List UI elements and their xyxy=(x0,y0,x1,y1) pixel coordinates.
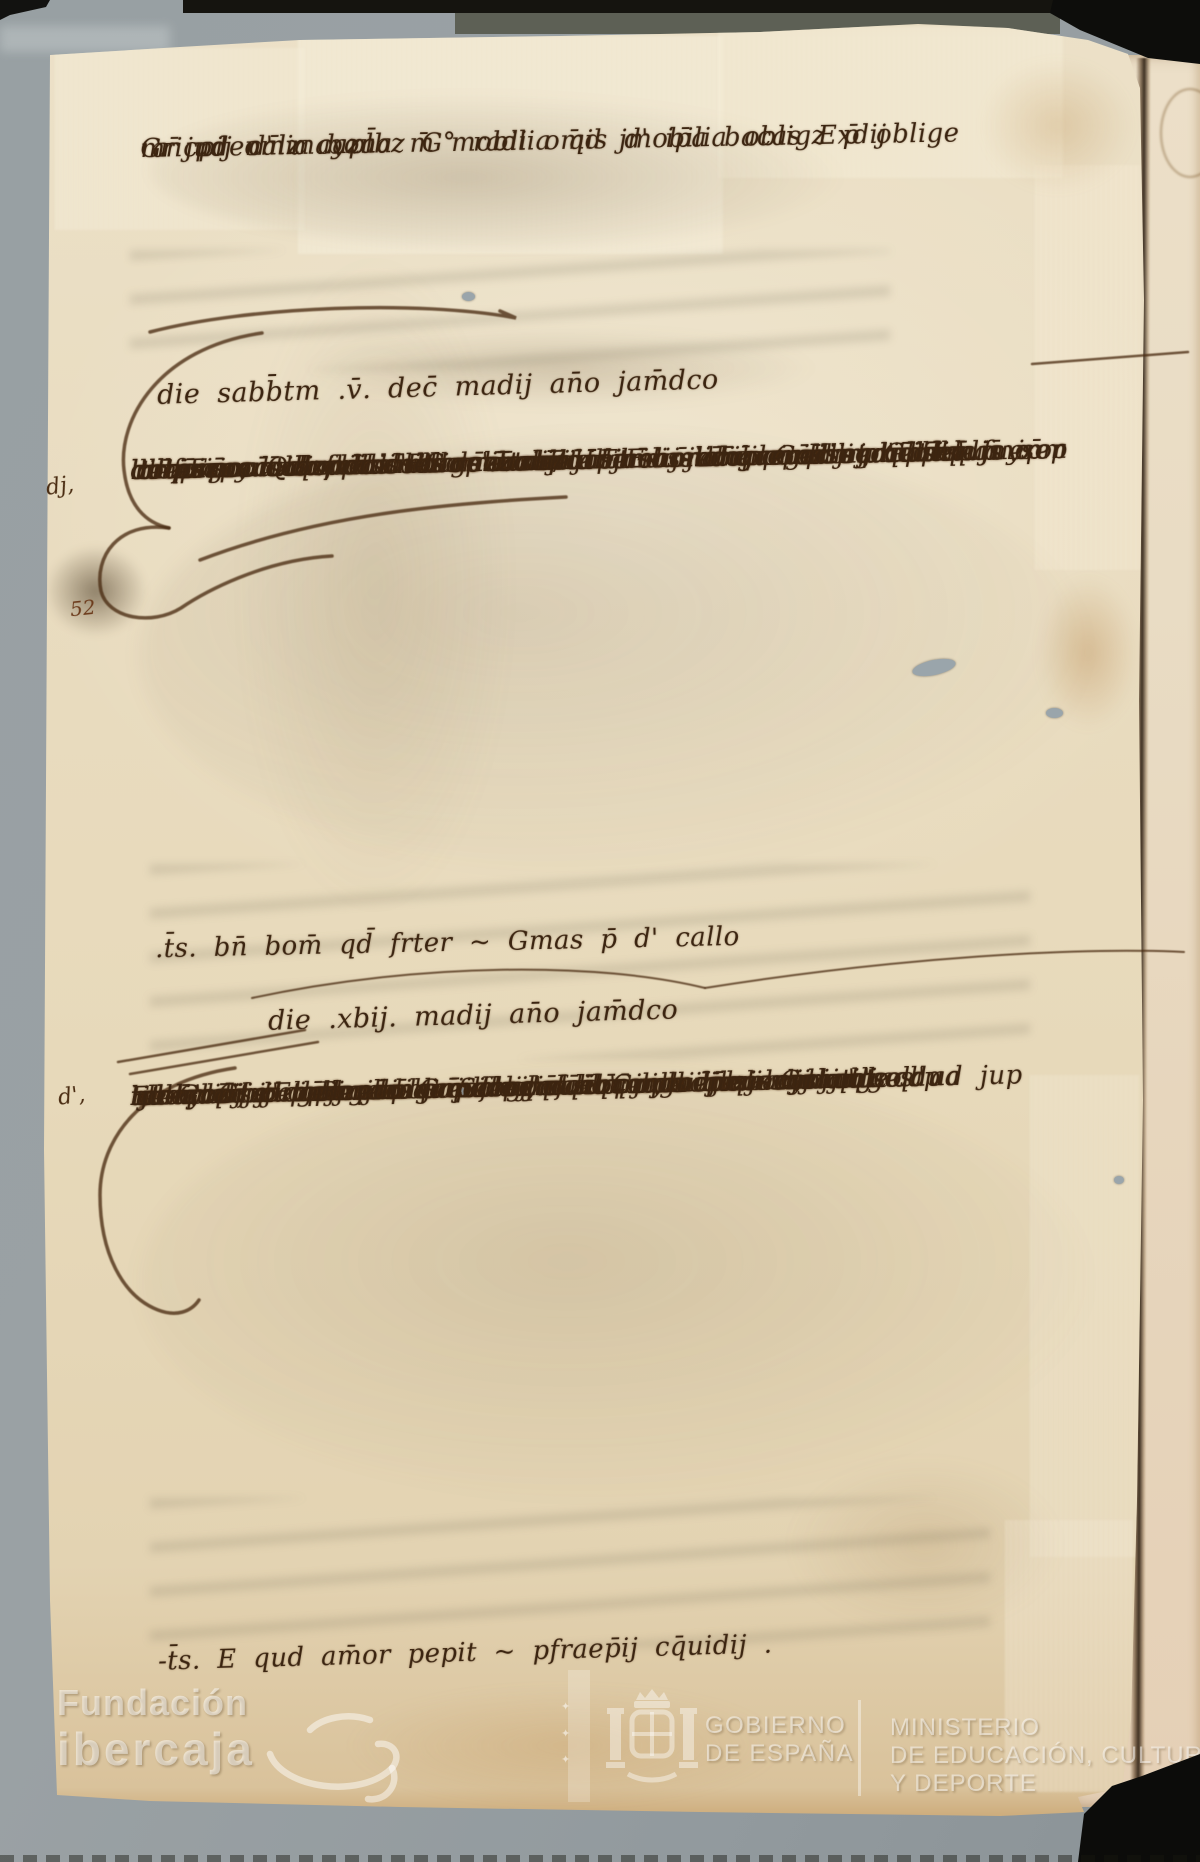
bracket-entry1-lower xyxy=(100,527,332,618)
ibercaja-watermark-line1: Fundación xyxy=(57,1682,248,1724)
star-icon: ✦ xyxy=(561,1753,570,1766)
flourish-heading1 xyxy=(150,308,516,332)
black-frame-top-band xyxy=(183,0,1200,13)
ibercaja-swoosh-icon xyxy=(252,1698,412,1808)
ibercaja-watermark-line2: ibercaja xyxy=(57,1722,255,1776)
bracket-entry1-upper xyxy=(123,333,262,528)
flourish-entry1 xyxy=(200,497,566,560)
film-edge-perforation xyxy=(0,1855,1200,1862)
heading1-overline xyxy=(1032,352,1188,364)
gobierno-watermark-line2: DE ESPAÑA xyxy=(705,1740,854,1768)
flourish-heading2-a xyxy=(252,970,705,998)
entry2-margin-mark: d', xyxy=(56,1082,86,1111)
flourish-heading2-b xyxy=(705,951,1184,988)
spain-coat-of-arms-icon xyxy=(602,1684,702,1796)
government-flag-bar xyxy=(568,1670,590,1802)
star-icon: ✦ xyxy=(561,1700,570,1713)
ministerio-watermark-line2: DE EDUCACIÓN, CULTURA xyxy=(890,1742,1200,1770)
ministerio-watermark-line1: MINISTERIO xyxy=(890,1714,1040,1742)
entry1-margin-mark: dj, xyxy=(44,472,75,501)
gobierno-watermark-line1: GOBIERNO xyxy=(705,1712,846,1740)
ministerio-watermark-line3: Y DEPORTE xyxy=(890,1770,1037,1798)
entry1-margin-number: 52 xyxy=(69,595,97,622)
star-icon: ✦ xyxy=(561,1727,570,1740)
manuscript-line: Gricpij d' mayza xyxy=(140,123,377,170)
watermark-divider xyxy=(858,1700,861,1796)
manuscript-photograph: a jud om̄ia bona m̄ mobilia qd jmobilia … xyxy=(0,0,1200,1862)
